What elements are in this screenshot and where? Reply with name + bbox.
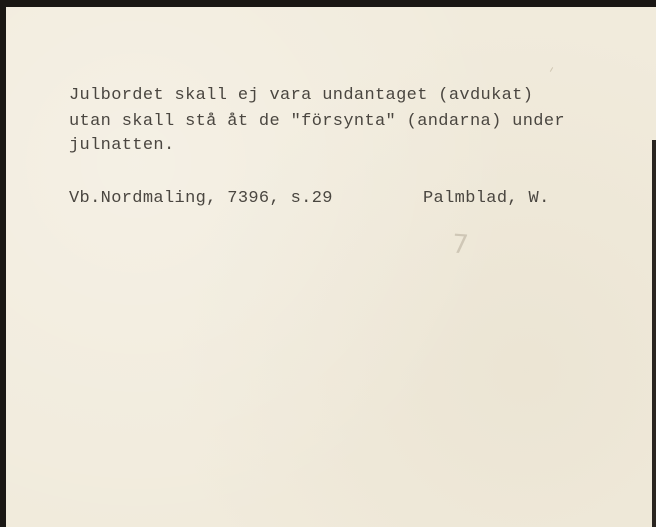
card-text-line-1: Julbordet skall ej vara undantaget (avdu… — [69, 87, 533, 104]
scan-edge-shadow — [652, 140, 656, 527]
source-reference: Vb.Nordmaling, 7396, s.29 — [69, 190, 333, 207]
card-text-line-2: utan skall stå åt de "försynta" (andarna… — [69, 113, 565, 130]
recorder-name: Palmblad, W. — [423, 190, 550, 207]
card-text-line-3: julnatten. — [69, 137, 175, 154]
pencil-annotation: 7 — [451, 231, 469, 258]
scanned-archive-card: Julbordet skall ej vara undantaget (avdu… — [0, 0, 656, 527]
index-card: Julbordet skall ej vara undantaget (avdu… — [6, 7, 656, 527]
paper-speck — [550, 67, 553, 72]
